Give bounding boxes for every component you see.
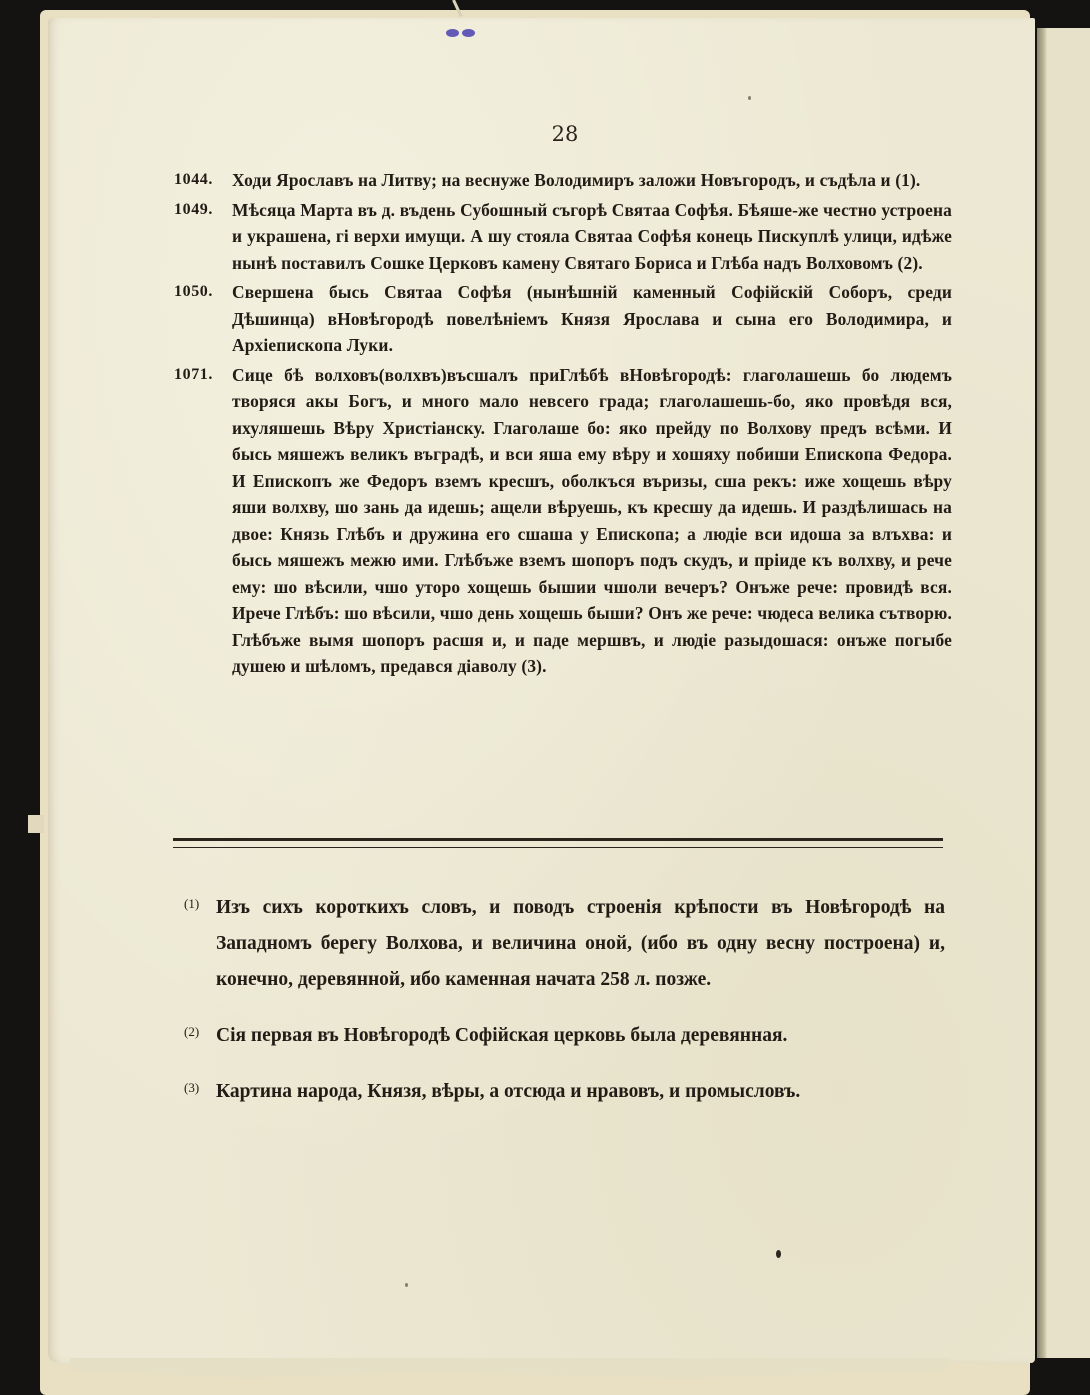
page-content: 28 1044. Ходи Ярославъ на Литву; на весн…	[0, 0, 1090, 1395]
entry-year: 1044.	[174, 167, 213, 194]
paper-speck	[412, 212, 415, 216]
footnotes: (1) Изъ сихъ короткихъ словъ, и поводъ с…	[180, 890, 945, 1130]
chronicle-entry: 1050. Свершена бысь Святаа Софѣя (нынѣшн…	[172, 279, 952, 359]
footnote-marker: (3)	[184, 1070, 199, 1106]
paper-speck	[748, 96, 751, 100]
page-number: 28	[0, 122, 1090, 146]
footnote: (2) Сія первая въ Новѣгородѣ Софійская ц…	[180, 1018, 945, 1054]
entry-text: Сице бѣ волховъ(волхвъ)въсшалъ приГлѣбѣ …	[232, 365, 952, 677]
entry-text: Ходи Ярославъ на Литву; на веснуже Волод…	[232, 170, 920, 190]
footnote: (1) Изъ сихъ короткихъ словъ, и поводъ с…	[180, 890, 945, 998]
entry-year: 1071.	[174, 362, 213, 389]
entry-text: Мѣсяца Марта въ д. въдень Субошный съгор…	[232, 200, 952, 273]
chronicle-entry: 1044. Ходи Ярославъ на Литву; на веснуже…	[172, 167, 952, 194]
entry-year: 1050.	[174, 279, 213, 306]
footnote-marker: (2)	[184, 1014, 199, 1050]
entry-year: 1049.	[174, 197, 213, 224]
footnote-marker: (1)	[184, 886, 199, 922]
ink-blot	[776, 1250, 781, 1258]
footnote-divider	[173, 838, 943, 848]
footnote-text: Изъ сихъ короткихъ словъ, и поводъ строе…	[216, 897, 945, 990]
footnote: (3) Картина народа, Князя, вѣры, а отсюд…	[180, 1074, 945, 1110]
footnote-text: Картина народа, Князя, вѣры, а отсюда и …	[216, 1081, 800, 1102]
chronicle-entry: 1071. Сице бѣ волховъ(волхвъ)въсшалъ при…	[172, 362, 952, 680]
paper-speck	[405, 1283, 408, 1287]
entry-text: Свершена бысь Святаа Софѣя (нынѣшній кам…	[232, 282, 952, 355]
chronicle-entry: 1049. Мѣсяца Марта въ д. въдень Субошный…	[172, 197, 952, 277]
chronicle-entries: 1044. Ходи Ярославъ на Литву; на веснуже…	[172, 167, 952, 683]
footnote-text: Сія первая въ Новѣгородѣ Софійская церко…	[216, 1025, 787, 1046]
